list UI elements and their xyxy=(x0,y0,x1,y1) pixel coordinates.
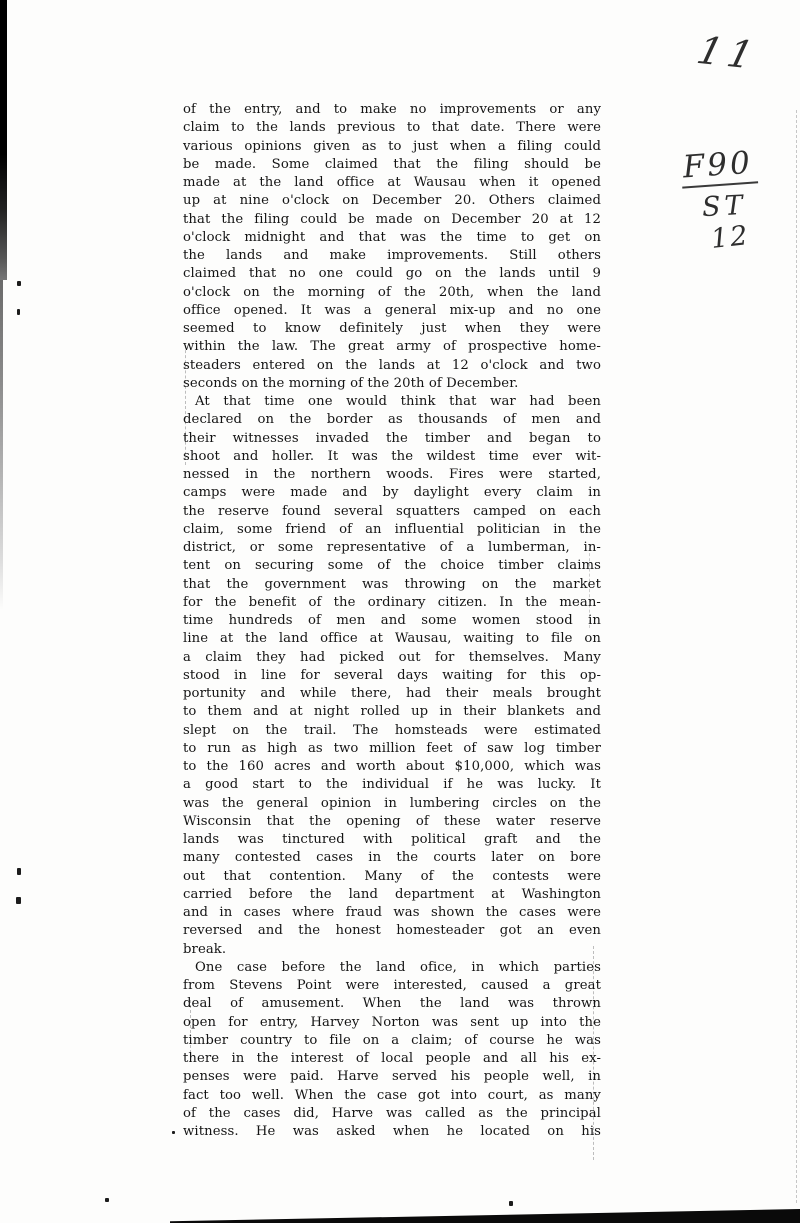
text-line: to them and at night rolled up in their … xyxy=(183,703,601,721)
text-line: break. xyxy=(183,941,601,959)
text-line: their witnesses invaded the timber and b… xyxy=(183,430,601,448)
text-line: tent on securing some of the choice timb… xyxy=(183,557,601,575)
text-line: seconds on the morning of the 20th of De… xyxy=(183,375,601,393)
scan-edge-right-line xyxy=(796,110,797,1203)
text-line: out that contention. Many of the contest… xyxy=(183,868,601,886)
ink-speck xyxy=(105,1198,109,1202)
text-line: many contested cases in the courts later… xyxy=(183,849,601,867)
text-line: portunity and while there, had their mea… xyxy=(183,685,601,703)
text-line: claim to the lands previous to that date… xyxy=(183,119,601,137)
article-text-column: of the entry, and to make no improvement… xyxy=(183,101,601,1141)
paragraph: One case before the land ofice, in which… xyxy=(183,959,601,1142)
text-line: to run as high as two million feet of sa… xyxy=(183,740,601,758)
text-line: the reserve found several squatters camp… xyxy=(183,503,601,521)
text-line: and in cases where fraud was shown the c… xyxy=(183,904,601,922)
text-line: claim, some friend of an influential pol… xyxy=(183,521,601,539)
text-line: open for entry, Harvey Norton was sent u… xyxy=(183,1014,601,1032)
text-line: up at nine o'clock on December 20. Other… xyxy=(183,192,601,210)
text-line: shoot and holler. It was the wildest tim… xyxy=(183,448,601,466)
scanned-page: 11 F90 ST 12 of the entry, and to make n… xyxy=(0,0,800,1223)
text-line: made at the land office at Wausau when i… xyxy=(183,174,601,192)
text-line: from Stevens Point were interested, caus… xyxy=(183,977,601,995)
text-line: within the law. The great army of prospe… xyxy=(183,338,601,356)
text-line: a claim they had picked out for themselv… xyxy=(183,649,601,667)
text-line: carried before the land department at Wa… xyxy=(183,886,601,904)
text-line: line at the land office at Wausau, waiti… xyxy=(183,630,601,648)
text-line: deal of amusement. When the land was thr… xyxy=(183,995,601,1013)
text-line: declared on the border as thousands of m… xyxy=(183,411,601,429)
scan-edge-left-fade xyxy=(0,280,3,610)
text-line: was the general opinion in lumbering cir… xyxy=(183,795,601,813)
text-line: seemed to know definitely just when they… xyxy=(183,320,601,338)
text-line: various opinions given as to just when a… xyxy=(183,138,601,156)
text-line: be made. Some claimed that the filing sh… xyxy=(183,156,601,174)
ink-speck xyxy=(17,281,21,286)
ink-speck xyxy=(172,1131,175,1134)
text-line: penses were paid. Harve served his peopl… xyxy=(183,1068,601,1086)
text-line: fact too well. When the case got into co… xyxy=(183,1087,601,1105)
scan-edge-bottom-wedge xyxy=(170,1206,800,1223)
text-line: One case before the land ofice, in which… xyxy=(183,959,601,977)
text-line: to the 160 acres and worth about $10,000… xyxy=(183,758,601,776)
text-line: reversed and the honest homesteader got … xyxy=(183,922,601,940)
text-line: timber country to file on a claim; of co… xyxy=(183,1032,601,1050)
ink-speck xyxy=(17,868,21,875)
text-line: claimed that no one could go on the land… xyxy=(183,265,601,283)
handwritten-archive-code-st: ST xyxy=(701,192,747,221)
text-line: district, or some representative of a lu… xyxy=(183,539,601,557)
text-line: lands was tinctured with political graft… xyxy=(183,831,601,849)
text-line: slept on the trail. The homsteads were e… xyxy=(183,722,601,740)
text-line: a good start to the individual if he was… xyxy=(183,776,601,794)
text-line: stood in line for several days waiting f… xyxy=(183,667,601,685)
paragraph: of the entry, and to make no improvement… xyxy=(183,101,601,393)
text-line: Wisconsin that the opening of these wate… xyxy=(183,813,601,831)
scan-edge-left-black-strip xyxy=(0,0,7,280)
ink-speck xyxy=(509,1201,513,1206)
ink-speck xyxy=(17,309,20,315)
text-line: o'clock on the morning of the 20th, when… xyxy=(183,284,601,302)
text-line: there in the interest of local people an… xyxy=(183,1050,601,1068)
text-line: time hundreds of men and some women stoo… xyxy=(183,612,601,630)
text-line: the lands and make improvements. Still o… xyxy=(183,247,601,265)
text-line: that the filing could be made on Decembe… xyxy=(183,211,601,229)
handwritten-archive-code: F90 xyxy=(680,147,758,188)
text-line: of the entry, and to make no improvement… xyxy=(183,101,601,119)
text-line: witness. He was asked when he located on… xyxy=(183,1123,601,1141)
text-line: steaders entered on the lands at 12 o'cl… xyxy=(183,357,601,375)
text-line: office opened. It was a general mix-up a… xyxy=(183,302,601,320)
ink-speck xyxy=(16,897,21,904)
paragraph: At that time one would think that war ha… xyxy=(183,393,601,959)
text-line: o'clock midnight and that was the time t… xyxy=(183,229,601,247)
handwritten-archive-code-number: 12 xyxy=(710,222,751,253)
text-line: At that time one would think that war ha… xyxy=(183,393,601,411)
handwritten-page-number: 11 xyxy=(694,31,763,75)
text-line: nessed in the northern woods. Fires were… xyxy=(183,466,601,484)
text-line: for the benefit of the ordinary citizen.… xyxy=(183,594,601,612)
text-line: of the cases did, Harve was called as th… xyxy=(183,1105,601,1123)
text-line: that the government was throwing on the … xyxy=(183,576,601,594)
text-line: camps were made and by daylight every cl… xyxy=(183,484,601,502)
